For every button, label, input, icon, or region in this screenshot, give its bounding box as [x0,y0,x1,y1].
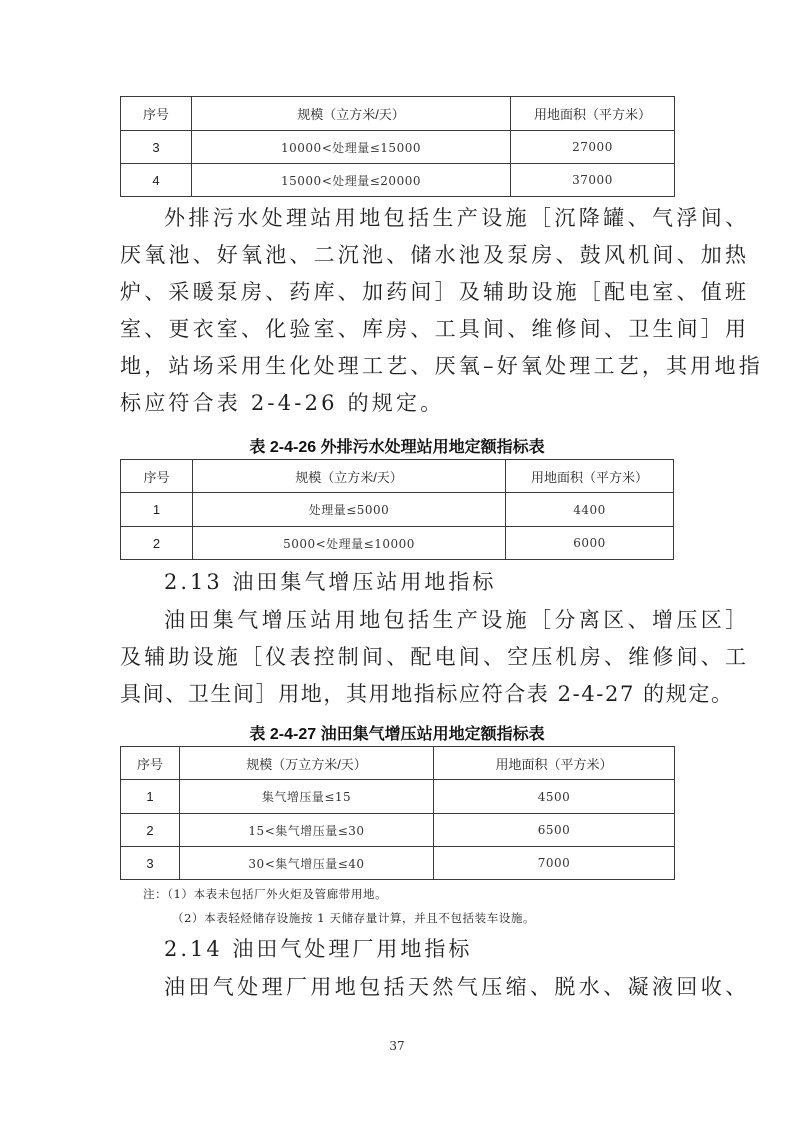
cell-scale: 30<集气增压量≤40 [180,847,434,880]
cell-area: 7000 [434,847,675,880]
table-row: 4 15000<处理量≤20000 37000 [121,164,675,197]
section-heading-2-13: 2.13 油田集气增压站用地指标 [164,566,496,596]
cell-scale: 10000<处理量≤15000 [192,131,511,164]
table-continued: 序号 规模（立方米/天） 用地面积（平方米） 3 10000<处理量≤15000… [120,96,675,197]
table-2-4-26: 序号 规模（立方米/天） 用地面积（平方米） 1 处理量≤5000 4400 2… [120,459,674,560]
cell-scale: 15<集气增压量≤30 [180,814,434,847]
cell-area: 4400 [506,493,674,527]
page-number: 37 [0,1039,794,1053]
table-row: 1 处理量≤5000 4400 [121,493,674,527]
text-line: 室、更衣室、化验室、库房、工具间、维修间、卫生间］用 [120,311,675,348]
table-note-2: （2）本表轻烃储存设施按 1 天储存量计算，并且不包括装车设施。 [172,910,535,926]
table-header-row: 序号 规模（立方米/天） 用地面积（平方米） [121,460,674,493]
paragraph-sewage-station: 外排污水处理站用地包括生产设施［沉降罐、气浮间、 厌氧池、好氧池、二沉池、储水池… [120,200,675,422]
cell-index: 2 [121,527,193,560]
cell-index: 1 [121,780,180,814]
section-heading-2-14: 2.14 油田气处理厂用地指标 [164,933,472,963]
text-line: 地，站场采用生化处理工艺、厌氧–好氧处理工艺，其用地指 [120,348,675,385]
table-row: 3 10000<处理量≤15000 27000 [121,131,675,164]
table-row: 2 15<集气增压量≤30 6500 [121,814,675,847]
text-line: 油田气处理厂用地包括天然气压缩、脱水、凝液回收、 [120,969,675,1006]
table-row: 1 集气增压量≤15 4500 [121,780,675,814]
header-scale: 规模（万立方米/天） [180,747,434,780]
cell-scale: 15000<处理量≤20000 [192,164,511,197]
table-row: 3 30<集气增压量≤40 7000 [121,847,675,880]
header-area: 用地面积（平方米） [506,460,674,493]
text-line: 炉、采暖泵房、药库、加药间］及辅助设施［配电室、值班 [120,274,675,311]
header-index: 序号 [121,747,180,780]
text-line: 外排污水处理站用地包括生产设施［沉降罐、气浮间、 [120,200,675,237]
cell-index: 1 [121,493,193,527]
cell-index: 2 [121,814,180,847]
cell-area: 6500 [434,814,675,847]
table-2-4-27: 序号 规模（万立方米/天） 用地面积（平方米） 1 集气增压量≤15 4500 … [120,746,675,880]
table-row: 2 5000<处理量≤10000 6000 [121,527,674,560]
header-area: 用地面积（平方米） [434,747,675,780]
cell-scale: 5000<处理量≤10000 [193,527,506,560]
cell-area: 27000 [511,131,675,164]
cell-area: 6000 [506,527,674,560]
cell-index: 4 [121,164,192,197]
paragraph-gas-processing-plant: 油田气处理厂用地包括天然气压缩、脱水、凝液回收、 [120,969,675,1006]
text-line: 厌氧池、好氧池、二沉池、储水池及泵房、鼓风机间、加热 [120,237,675,274]
table-caption-2-4-26: 表 2-4-26 外排污水处理站用地定额指标表 [120,434,674,457]
text-line: 及辅助设施［仪表控制间、配电间、空压机房、维修间、工 [120,639,675,676]
table-header-row: 序号 规模（立方米/天） 用地面积（平方米） [121,97,675,131]
cell-index: 3 [121,131,192,164]
table-note-1: 注：（1）本表未包括厂外火炬及管廊带用地。 [143,886,387,902]
header-index: 序号 [121,460,193,493]
text-line: 标应符合表 2-4-26 的规定。 [120,385,675,422]
header-scale: 规模（立方米/天） [192,97,511,131]
paragraph-gas-booster-station: 油田集气增压站用地包括生产设施［分离区、增压区］ 及辅助设施［仪表控制间、配电间… [120,602,675,713]
cell-area: 4500 [434,780,675,814]
table-header-row: 序号 规模（万立方米/天） 用地面积（平方米） [121,747,675,780]
header-index: 序号 [121,97,192,131]
cell-scale: 集气增压量≤15 [180,780,434,814]
header-area: 用地面积（平方米） [511,97,675,131]
header-scale: 规模（立方米/天） [193,460,506,493]
table-caption-2-4-27: 表 2-4-27 油田集气增压站用地定额指标表 [120,721,674,744]
cell-area: 37000 [511,164,675,197]
text-line: 油田集气增压站用地包括生产设施［分离区、增压区］ [120,602,675,639]
cell-scale: 处理量≤5000 [193,493,506,527]
text-line: 具间、卫生间］用地，其用地指标应符合表 2-4-27 的规定。 [120,676,675,713]
cell-index: 3 [121,847,180,880]
